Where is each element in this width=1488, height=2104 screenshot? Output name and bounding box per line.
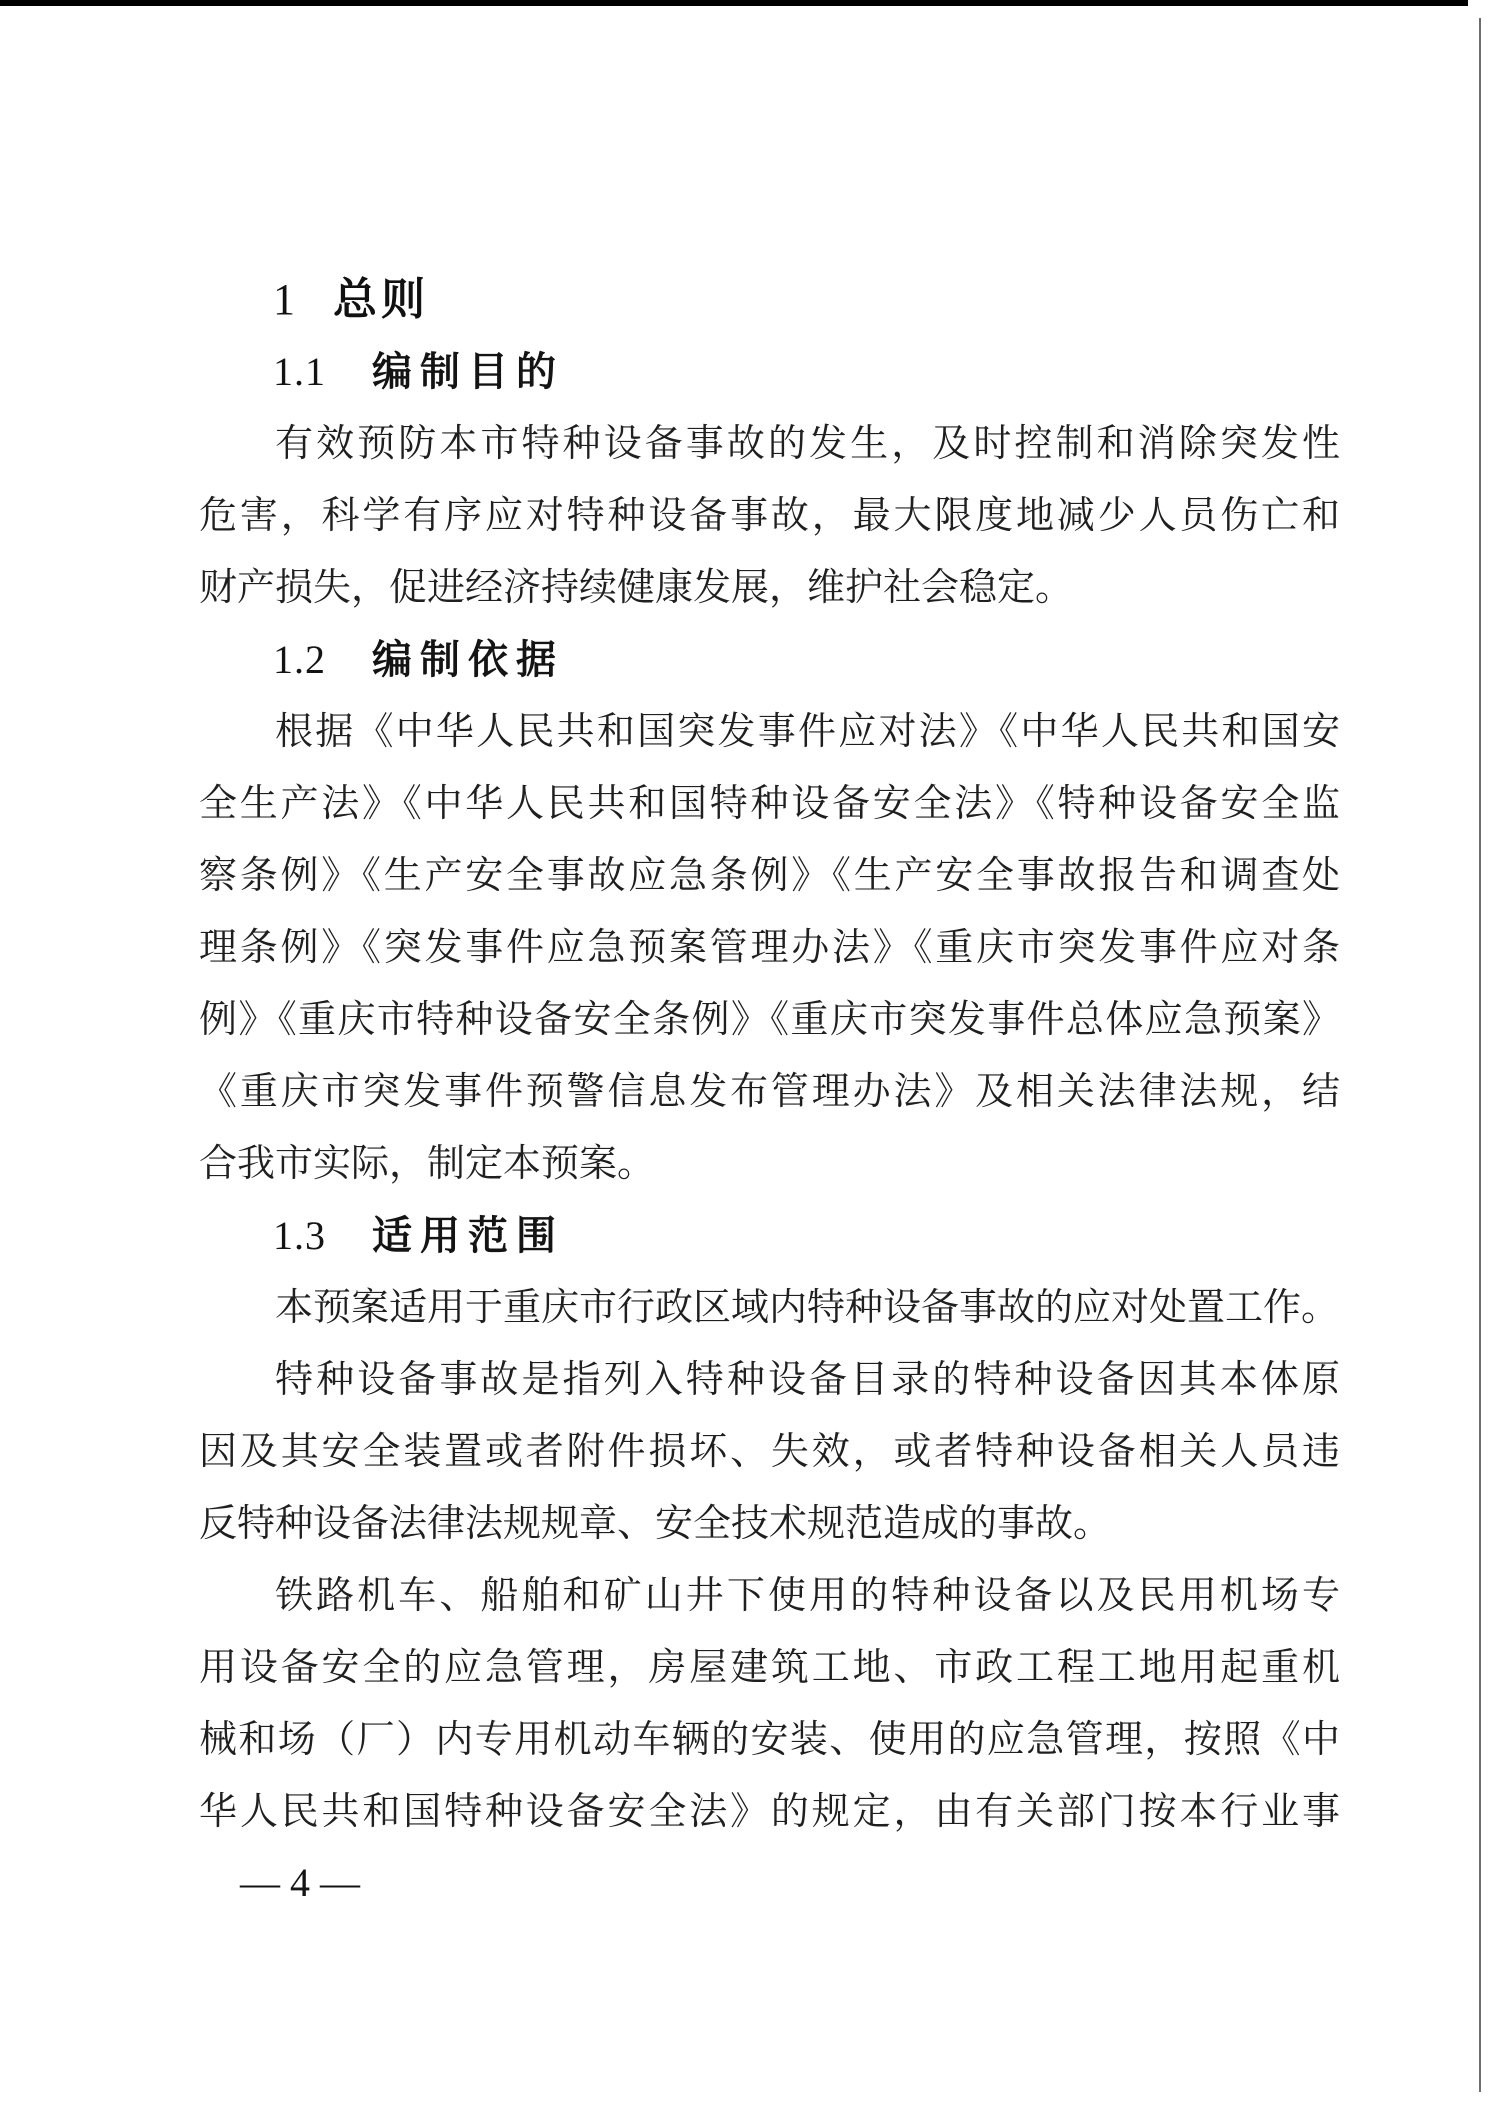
paragraph-line: 有效预防本市特种设备事故的发生，及时控制和消除突发性 bbox=[199, 408, 1340, 480]
section-title: 适用范围 bbox=[372, 1213, 564, 1258]
scan-right-edge bbox=[1479, 18, 1481, 2092]
paragraph-line: 合我市实际，制定本预案。 bbox=[199, 1128, 1340, 1200]
paragraph-line: 危害，科学有序应对特种设备事故，最大限度地减少人员伤亡和 bbox=[199, 480, 1340, 552]
document-page: 1总则 1.1编制目的 有效预防本市特种设备事故的发生，及时控制和消除突发性 危… bbox=[0, 0, 1488, 2104]
paragraph-line: 械和场（厂）内专用机动车辆的安装、使用的应急管理，按照《中 bbox=[199, 1704, 1340, 1776]
scan-top-bar bbox=[0, 0, 1468, 6]
chapter-heading-1: 1总则 bbox=[199, 264, 1340, 336]
section-heading-1-2: 1.2编制依据 bbox=[199, 624, 1340, 696]
document-body: 1总则 1.1编制目的 有效预防本市特种设备事故的发生，及时控制和消除突发性 危… bbox=[199, 264, 1340, 1848]
section-number: 1.1 bbox=[273, 349, 326, 394]
paragraph-line: 用设备安全的应急管理，房屋建筑工地、市政工程工地用起重机 bbox=[199, 1632, 1340, 1704]
section-heading-1-3: 1.3适用范围 bbox=[199, 1200, 1340, 1272]
paragraph-line: 财产损失，促进经济持续健康发展，维护社会稳定。 bbox=[199, 552, 1340, 624]
paragraph-line: 全生产法》《中华人民共和国特种设备安全法》《特种设备安全监 bbox=[199, 768, 1340, 840]
paragraph-line: 因及其安全装置或者附件损坏、失效，或者特种设备相关人员违 bbox=[199, 1416, 1340, 1488]
paragraph-line: 铁路机车、船舶和矿山井下使用的特种设备以及民用机场专 bbox=[199, 1560, 1340, 1632]
paragraph-line: 本预案适用于重庆市行政区域内特种设备事故的应对处置工作。 bbox=[199, 1272, 1340, 1344]
page-number: — 4 — bbox=[240, 1858, 360, 1908]
chapter-number: 1 bbox=[273, 275, 295, 324]
paragraph-line: 察条例》《生产安全事故应急条例》《生产安全事故报告和调查处 bbox=[199, 840, 1340, 912]
section-title: 编制目的 bbox=[372, 349, 564, 394]
section-title: 编制依据 bbox=[372, 637, 564, 682]
chapter-title: 总则 bbox=[333, 275, 429, 324]
section-number: 1.3 bbox=[273, 1213, 326, 1258]
paragraph-line: 特种设备事故是指列入特种设备目录的特种设备因其本体原 bbox=[199, 1344, 1340, 1416]
paragraph-line: 华人民共和国特种设备安全法》的规定，由有关部门按本行业事 bbox=[199, 1776, 1340, 1848]
paragraph-line: 根据《中华人民共和国突发事件应对法》《中华人民共和国安 bbox=[199, 696, 1340, 768]
section-heading-1-1: 1.1编制目的 bbox=[199, 336, 1340, 408]
paragraph-line: 《重庆市突发事件预警信息发布管理办法》及相关法律法规，结 bbox=[199, 1056, 1340, 1128]
paragraph-line: 理条例》《突发事件应急预案管理办法》《重庆市突发事件应对条 bbox=[199, 912, 1340, 984]
paragraph-line: 反特种设备法律法规规章、安全技术规范造成的事故。 bbox=[199, 1488, 1340, 1560]
paragraph-line: 例》《重庆市特种设备安全条例》《重庆市突发事件总体应急预案》 bbox=[199, 984, 1340, 1056]
section-number: 1.2 bbox=[273, 637, 326, 682]
